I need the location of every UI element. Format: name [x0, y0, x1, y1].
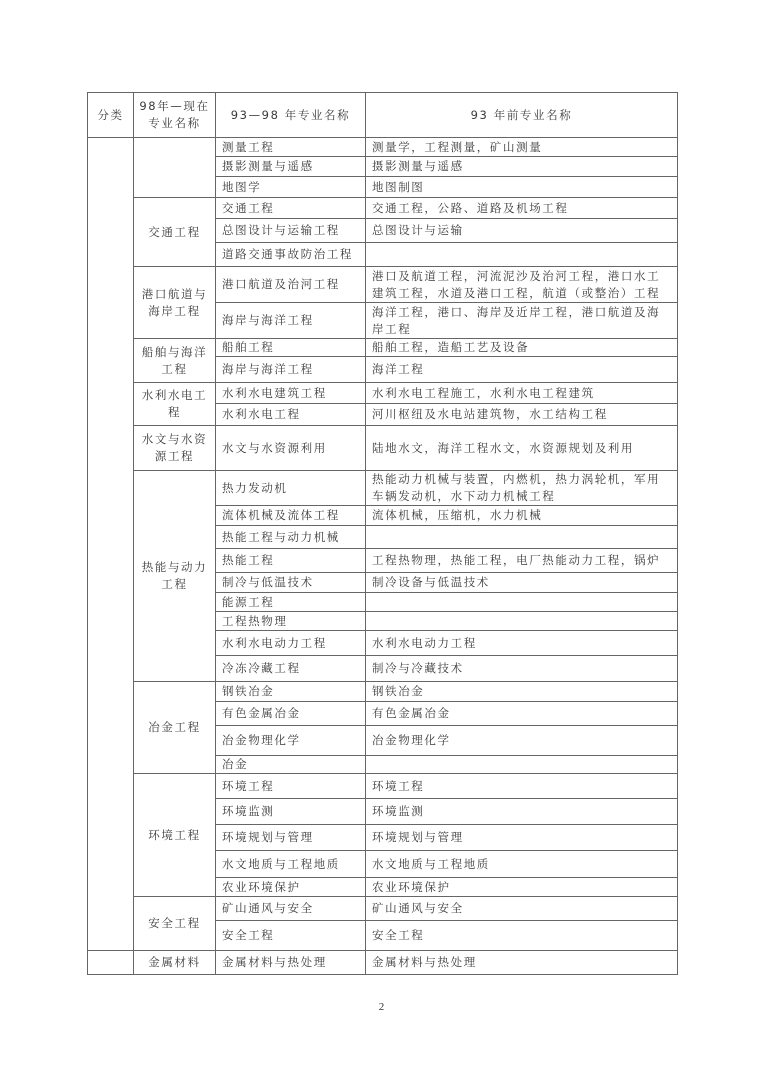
- major-pre-93-cell: 水利水电动力工程: [366, 631, 678, 656]
- major-93-98-cell: 工程热物理: [216, 612, 366, 631]
- major-name-mapping-table: 分类 98年—现在专业名称 93—98 年专业名称 93 年前专业名称 测量工程…: [87, 92, 678, 975]
- major-pre-93-cell: 摄影测量与遥感: [366, 157, 678, 177]
- major-93-98-cell: 冷冻冷藏工程: [216, 656, 366, 682]
- major-93-98-cell: 交通工程: [216, 198, 366, 219]
- major-93-98-cell: 流体机械及流体工程: [216, 506, 366, 526]
- major-pre-93-cell: 水利水电工程施工，水利水电工程建筑: [366, 383, 678, 404]
- table-row: 冶金工程钢铁冶金钢铁冶金: [88, 682, 678, 702]
- page-number: 2: [0, 1001, 763, 1013]
- current-major-cell: 金属材料: [134, 951, 216, 975]
- major-pre-93-cell: 海洋工程，港口、海岸及近岸工程，港口航道及海岸工程: [366, 303, 678, 339]
- major-93-98-cell: 金属材料与热处理: [216, 951, 366, 975]
- major-93-98-cell: 港口航道及治河工程: [216, 267, 366, 303]
- header-category: 分类: [88, 93, 134, 138]
- table-row: 测量工程测量学，工程测量，矿山测量: [88, 138, 678, 157]
- current-major-cell: 交通工程: [134, 198, 216, 267]
- major-pre-93-cell: [366, 243, 678, 267]
- major-93-98-cell: 海岸与海洋工程: [216, 357, 366, 383]
- major-93-98-cell: 水文地质与工程地质: [216, 851, 366, 878]
- major-pre-93-cell: [366, 526, 678, 549]
- major-93-98-cell: 制冷与低温技术: [216, 573, 366, 593]
- category-cell: [88, 951, 134, 975]
- major-93-98-cell: 水利水电工程: [216, 404, 366, 426]
- major-pre-93-cell: 金属材料与热处理: [366, 951, 678, 975]
- current-major-cell: 船舶与海洋工程: [134, 339, 216, 383]
- major-93-98-cell: 能源工程: [216, 593, 366, 612]
- major-93-98-cell: 矿山通风与安全: [216, 897, 366, 921]
- major-pre-93-cell: [366, 593, 678, 612]
- major-pre-93-cell: 工程热物理，热能工程，电厂热能动力工程，锅炉: [366, 549, 678, 573]
- current-major-cell: 港口航道与海岸工程: [134, 267, 216, 339]
- major-pre-93-cell: 环境监测: [366, 799, 678, 825]
- major-93-98-cell: 环境工程: [216, 774, 366, 799]
- major-pre-93-cell: 流体机械，压缩机，水力机械: [366, 506, 678, 526]
- major-93-98-cell: 有色金属冶金: [216, 702, 366, 726]
- major-pre-93-cell: 港口及航道工程，河流泥沙及治河工程，港口水工建筑工程，水道及港口工程，航道（或整…: [366, 267, 678, 303]
- major-93-98-cell: 环境监测: [216, 799, 366, 825]
- major-pre-93-cell: 陆地水文，海洋工程水文，水资源规划及利用: [366, 426, 678, 471]
- major-pre-93-cell: 交通工程，公路、道路及机场工程: [366, 198, 678, 219]
- major-pre-93-cell: 安全工程: [366, 921, 678, 951]
- major-93-98-cell: 环境规划与管理: [216, 825, 366, 851]
- major-93-98-cell: 冶金物理化学: [216, 726, 366, 756]
- header-row: 分类 98年—现在专业名称 93—98 年专业名称 93 年前专业名称: [88, 93, 678, 138]
- major-93-98-cell: 冶金: [216, 756, 366, 774]
- major-93-98-cell: 热力发动机: [216, 471, 366, 506]
- major-93-98-cell: 安全工程: [216, 921, 366, 951]
- current-major-cell: 水文与水资源工程: [134, 426, 216, 471]
- major-93-98-cell: 钢铁冶金: [216, 682, 366, 702]
- major-93-98-cell: 水文与水资源利用: [216, 426, 366, 471]
- major-93-98-cell: 水利水电动力工程: [216, 631, 366, 656]
- current-major-cell: 水利水电工程: [134, 383, 216, 426]
- major-93-98-cell: 测量工程: [216, 138, 366, 157]
- header-pre-93-major: 93 年前专业名称: [366, 93, 678, 138]
- major-pre-93-cell: [366, 756, 678, 774]
- major-pre-93-cell: 钢铁冶金: [366, 682, 678, 702]
- current-major-cell: 环境工程: [134, 774, 216, 897]
- major-pre-93-cell: 河川枢纽及水电站建筑物，水工结构工程: [366, 404, 678, 426]
- major-pre-93-cell: 有色金属冶金: [366, 702, 678, 726]
- major-pre-93-cell: 总图设计与运输: [366, 219, 678, 243]
- current-major-cell: 安全工程: [134, 897, 216, 951]
- major-93-98-cell: 总图设计与运输工程: [216, 219, 366, 243]
- major-pre-93-cell: [366, 612, 678, 631]
- table-row: 水文与水资源工程水文与水资源利用陆地水文，海洋工程水文，水资源规划及利用: [88, 426, 678, 471]
- major-pre-93-cell: 农业环境保护: [366, 878, 678, 897]
- major-pre-93-cell: 热能动力机械与装置，内燃机，热力涡轮机，军用车辆发动机，水下动力机械工程: [366, 471, 678, 506]
- major-pre-93-cell: 测量学，工程测量，矿山测量: [366, 138, 678, 157]
- table-row: 水利水电工程水利水电建筑工程水利水电工程施工，水利水电工程建筑: [88, 383, 678, 404]
- major-pre-93-cell: 制冷设备与低温技术: [366, 573, 678, 593]
- category-cell: [88, 138, 134, 951]
- major-pre-93-cell: 环境规划与管理: [366, 825, 678, 851]
- header-current-major: 98年—现在专业名称: [134, 93, 216, 138]
- major-93-98-cell: 船舶工程: [216, 339, 366, 357]
- current-major-cell: 热能与动力工程: [134, 471, 216, 682]
- major-pre-93-cell: 船舶工程，造船工艺及设备: [366, 339, 678, 357]
- major-pre-93-cell: 地图制图: [366, 177, 678, 198]
- major-pre-93-cell: 水文地质与工程地质: [366, 851, 678, 878]
- major-pre-93-cell: 矿山通风与安全: [366, 897, 678, 921]
- table-row: 金属材料金属材料与热处理金属材料与热处理: [88, 951, 678, 975]
- current-major-cell: 冶金工程: [134, 682, 216, 774]
- major-93-98-cell: 地图学: [216, 177, 366, 198]
- major-pre-93-cell: 环境工程: [366, 774, 678, 799]
- table-row: 安全工程矿山通风与安全矿山通风与安全: [88, 897, 678, 921]
- table-row: 热能与动力工程热力发动机热能动力机械与装置，内燃机，热力涡轮机，军用车辆发动机，…: [88, 471, 678, 506]
- major-pre-93-cell: 制冷与冷藏技术: [366, 656, 678, 682]
- major-93-98-cell: 道路交通事故防治工程: [216, 243, 366, 267]
- table-row: 交通工程交通工程交通工程，公路、道路及机场工程: [88, 198, 678, 219]
- header-93-98-major: 93—98 年专业名称: [216, 93, 366, 138]
- major-93-98-cell: 农业环境保护: [216, 878, 366, 897]
- table-row: 港口航道与海岸工程港口航道及治河工程港口及航道工程，河流泥沙及治河工程，港口水工…: [88, 267, 678, 303]
- major-93-98-cell: 热能工程: [216, 549, 366, 573]
- major-93-98-cell: 热能工程与动力机械: [216, 526, 366, 549]
- table-row: 环境工程环境工程环境工程: [88, 774, 678, 799]
- table-row: 船舶与海洋工程船舶工程船舶工程，造船工艺及设备: [88, 339, 678, 357]
- major-pre-93-cell: 冶金物理化学: [366, 726, 678, 756]
- major-93-98-cell: 摄影测量与遥感: [216, 157, 366, 177]
- major-pre-93-cell: 海洋工程: [366, 357, 678, 383]
- current-major-cell: [134, 138, 216, 198]
- major-93-98-cell: 水利水电建筑工程: [216, 383, 366, 404]
- major-93-98-cell: 海岸与海洋工程: [216, 303, 366, 339]
